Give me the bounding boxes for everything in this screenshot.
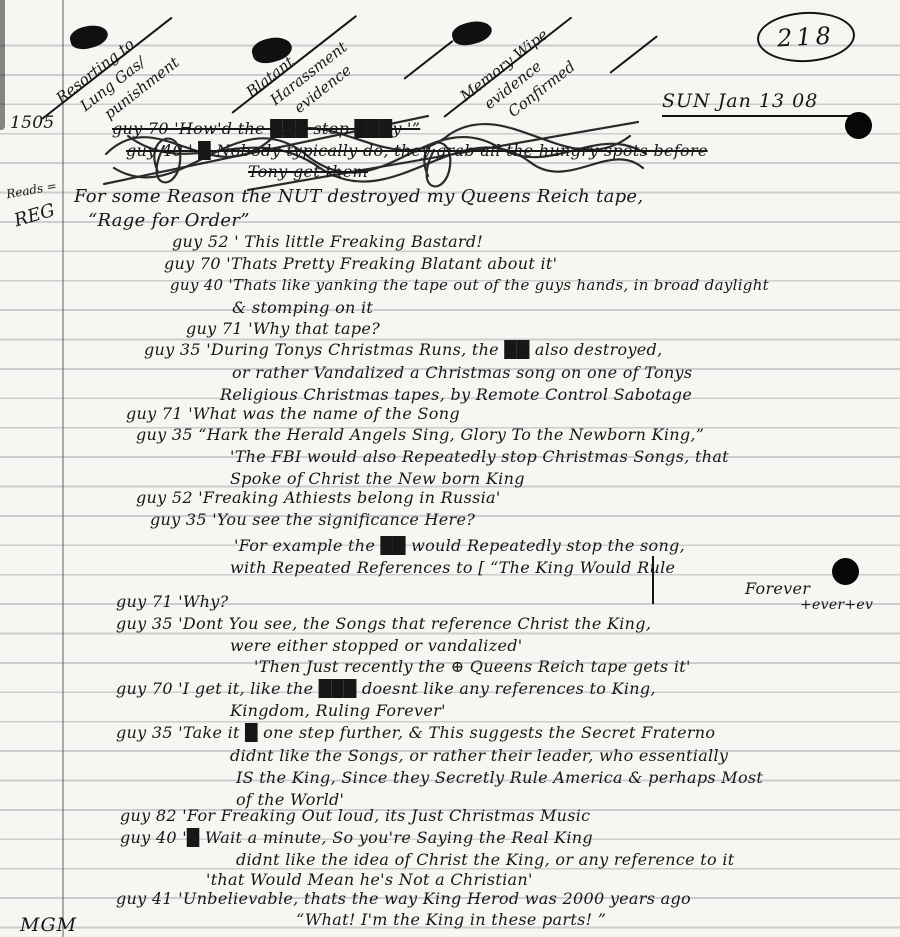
handwritten-line-5: “Rage for Order” [88, 211, 250, 232]
handwritten-line-4: For some Reason the NUT destroyed my Que… [74, 187, 643, 208]
handwritten-line-12: or rather Vandalized a Christmas song on… [232, 364, 692, 382]
date-underlined: SUN Jan 13 08 [662, 90, 858, 117]
handwritten-line-6: guy 52 ' This little Freaking Bastard! [172, 233, 483, 251]
date-text: SUN Jan 13 08 [662, 90, 818, 112]
handwritten-line-13: Religious Christmas tapes, by Remote Con… [220, 386, 692, 404]
corner-note: MGM [20, 914, 77, 936]
handwritten-line-29: Kingdom, Ruling Forever' [230, 702, 446, 720]
handwritten-line-34: guy 82 'For Freaking Out loud, its Just … [120, 807, 590, 825]
handwritten-line-28: guy 70 'I get it, like the ███ doesnt li… [116, 680, 656, 698]
diagonal-slash [403, 40, 453, 80]
handwritten-line-3: Tony get them [248, 163, 368, 181]
margin-rule-line [62, 0, 64, 937]
diagonal-slash [609, 35, 658, 74]
handwritten-line-25: guy 35 'Dont You see, the Songs that ref… [116, 615, 651, 633]
handwritten-line-0: 1505 [10, 114, 54, 134]
handwritten-line-36: didnt like the idea of Christ the King, … [236, 851, 734, 869]
handwritten-line-35: guy 40 '█ Wait a minute, So you're Sayin… [120, 829, 593, 847]
handwritten-line-38: guy 41 'Unbelievable, thats the way King… [116, 890, 691, 908]
handwritten-line-2: guy 40 ' █ Nobody typically do, they gra… [126, 142, 708, 160]
margin-note-0: Reads = [5, 179, 58, 202]
handwritten-line-1: guy 70 'How'd the ███ stop ███y '” [112, 120, 420, 138]
handwritten-line-31: didnt like the Songs, or rather their le… [230, 747, 728, 765]
handwritten-line-15: guy 35 “Hark the Herald Angels Sing, Glo… [136, 426, 704, 444]
page-number-circled: 218 [756, 9, 856, 64]
handwritten-line-32: IS the King, Since they Secretly Rule Am… [236, 769, 763, 787]
handwritten-line-30: guy 35 'Take it █ one step further, & Th… [116, 724, 715, 742]
handwritten-line-18: guy 52 'Freaking Athiests belong in Russ… [136, 489, 501, 507]
margin-note-1: REG [12, 200, 57, 232]
scan-edge-artifact [0, 0, 5, 130]
handwritten-line-14: guy 71 'What was the name of the Song [126, 405, 460, 423]
handwritten-line-20: 'For example the ██ would Repeatedly sto… [234, 537, 685, 555]
handwritten-line-39: “What! I'm the King in these parts! ” [296, 911, 606, 929]
page-number: 218 [776, 22, 835, 53]
scratched-out-word [68, 22, 110, 53]
handwritten-line-10: guy 71 'Why that tape? [186, 320, 380, 338]
handwritten-line-21: with Repeated References to [ “The King … [230, 559, 675, 577]
handwritten-line-11: guy 35 'During Tonys Christmas Runs, the… [144, 341, 663, 359]
handwritten-line-16: 'The FBI would also Repeatedly stop Chri… [230, 448, 729, 466]
handwritten-line-19: guy 35 'You see the significance Here? [150, 511, 475, 529]
handwritten-line-22: Forever [745, 580, 810, 598]
hole-punch-middle [832, 558, 859, 585]
handwritten-line-23: +ever+ev [800, 597, 873, 613]
handwritten-line-37: 'that Would Mean he's Not a Christian' [206, 871, 533, 889]
notebook-page: 218 SUN Jan 13 08 Resorting toLung Gas/p… [0, 0, 900, 937]
handwritten-line-26: were either stopped or vandalized' [230, 637, 522, 655]
hole-punch-top [845, 112, 872, 139]
handwritten-line-24: guy 71 'Why? [116, 593, 228, 611]
handwritten-line-8: guy 40 'Thats like yanking the tape out … [170, 277, 769, 294]
handwritten-line-17: Spoke of Christ the New born King [230, 470, 525, 488]
handwritten-line-9: & stomping on it [232, 299, 373, 317]
scratched-out-word [450, 17, 494, 48]
handwritten-line-27: 'Then Just recently the ⊕ Queens Reich t… [254, 658, 691, 676]
handwritten-line-7: guy 70 'Thats Pretty Freaking Blatant ab… [164, 255, 557, 273]
